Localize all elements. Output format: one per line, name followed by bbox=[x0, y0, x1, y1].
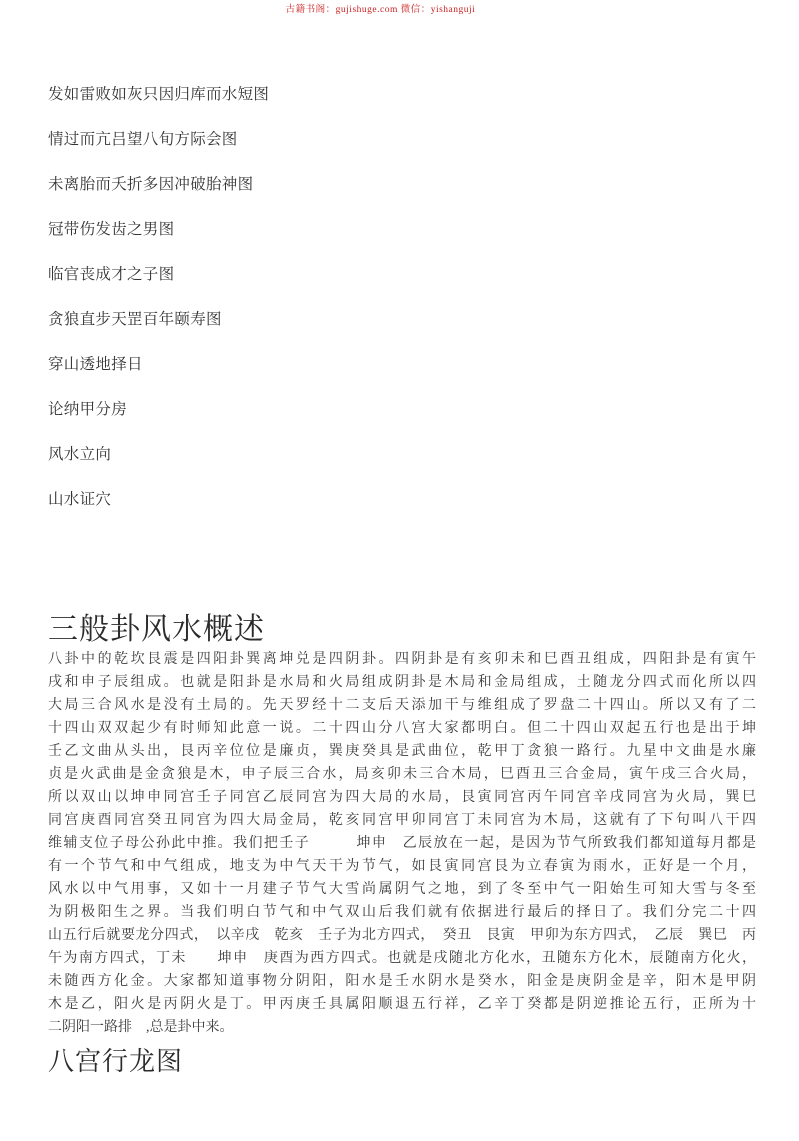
paragraph-line: 有一个节气和中气组成，地支为中气天干为节气，如艮寅同宫艮为立春寅为雨水，正好是一… bbox=[48, 855, 756, 878]
paragraph-line: 壬乙文曲从头出，艮丙辛位位是廉贞，巽庚癸具是武曲位，乾甲丁贪狼一路行。九星中文曲… bbox=[48, 740, 756, 763]
paragraph-line: 木是乙，阳火是丙阴火是丁。甲丙庚壬具属阳顺退五行祥，乙辛丁癸都是阴逆推论五行，正… bbox=[48, 993, 756, 1016]
chapter-title: 穿山透地择日 bbox=[48, 355, 758, 400]
chapter-title: 冠带伤发齿之男图 bbox=[48, 220, 758, 265]
section-title-next: 八宫行龙图 bbox=[48, 1046, 183, 1078]
section-title-overview: 三般卦风水概述 bbox=[48, 612, 265, 648]
chapter-title: 山水证穴 bbox=[48, 490, 758, 535]
document-page: 古籍书阁：gujishuge.com 微信：yishanguji 发如雷败如灰只… bbox=[0, 0, 799, 1141]
paragraph-line: 二阴阳一路排 ,总是卦中来。 bbox=[48, 1016, 756, 1039]
chapter-title: 情过而亢吕望八旬方际会图 bbox=[48, 130, 758, 175]
paragraph-line: 山五行后就要龙分四式， 以辛戌 乾亥 壬子为北方四式， 癸丑 艮寅 甲卯为东方四… bbox=[48, 924, 756, 947]
paragraph-line: 未随西方化金。大家都知道事物分阴阳，阳水是壬水阴水是癸水，阳金是庚阴金是辛，阳木… bbox=[48, 970, 756, 993]
paragraph-line: 风水以中气用事，又如十一月建子节气大雪尚属阴气之地，到了冬至中气一阳始生可知大雪… bbox=[48, 878, 756, 901]
paragraph-line: 贞是火武曲是金贪狼是木，申子辰三合水，局亥卯未三合木局，巳酉丑三合金局，寅午戌三… bbox=[48, 763, 756, 786]
chapter-title: 风水立向 bbox=[48, 445, 758, 490]
paragraph-line: 戌和申子辰组成。也就是阳卦是水局和火局组成阴卦是木局和金局组成，土随龙分四式而化… bbox=[48, 671, 756, 694]
paragraph-line: 同宫庚酉同宫癸丑同宫为四大局金局，乾亥同宫甲卯同宫丁未同宫为木局，这就有了下句叫… bbox=[48, 809, 756, 832]
paragraph-line: 大局三合风水是没有土局的。先天罗经十二支后天添加干与维组成了罗盘二十四山。所以又… bbox=[48, 694, 756, 717]
chapter-title-list: 发如雷败如灰只因归库而水短图情过而亢吕望八旬方际会图未离胎而夭折多因冲破胎神图冠… bbox=[48, 85, 758, 535]
paragraph-line: 八卦中的乾坎艮震是四阳卦巽离坤兑是四阴卦。四阴卦是有亥卯未和巳酉丑组成，四阳卦是… bbox=[48, 648, 756, 671]
paragraph-line: 午为南方四式，丁未 坤申 庚酉为西方四式。也就是戌随北方化水，丑随东方化木，辰随… bbox=[48, 947, 756, 970]
chapter-title: 论纳甲分房 bbox=[48, 400, 758, 445]
chapter-title: 未离胎而夭折多因冲破胎神图 bbox=[48, 175, 758, 220]
paragraph-line: 维辅支位子母公孙此中推。我们把壬子 坤申 乙辰放在一起，是因为节气所致我们都知道… bbox=[48, 832, 756, 855]
chapter-title: 发如雷败如灰只因归库而水短图 bbox=[48, 85, 758, 130]
overview-paragraph: 八卦中的乾坎艮震是四阳卦巽离坤兑是四阴卦。四阴卦是有亥卯未和巳酉丑组成，四阳卦是… bbox=[48, 648, 756, 1039]
paragraph-line: 所以双山以坤申同宫壬子同宫乙辰同宫为四大局的水局，艮寅同宫丙午同宫辛戌同宫为火局… bbox=[48, 786, 756, 809]
paragraph-line: 十四山双双起少有时师知此意一说。二十四山分八宫大家都明白。但二十四山双起五行也是… bbox=[48, 717, 756, 740]
chapter-title: 贪狼直步天罡百年颐寿图 bbox=[48, 310, 758, 355]
paragraph-line: 为阴极阳生之界。当我们明白节气和中气双山后我们就有依据进行最后的择日了。我们分完… bbox=[48, 901, 756, 924]
site-watermark: 古籍书阁：gujishuge.com 微信：yishanguji bbox=[0, 1, 780, 15]
chapter-title: 临官丧成才之子图 bbox=[48, 265, 758, 310]
